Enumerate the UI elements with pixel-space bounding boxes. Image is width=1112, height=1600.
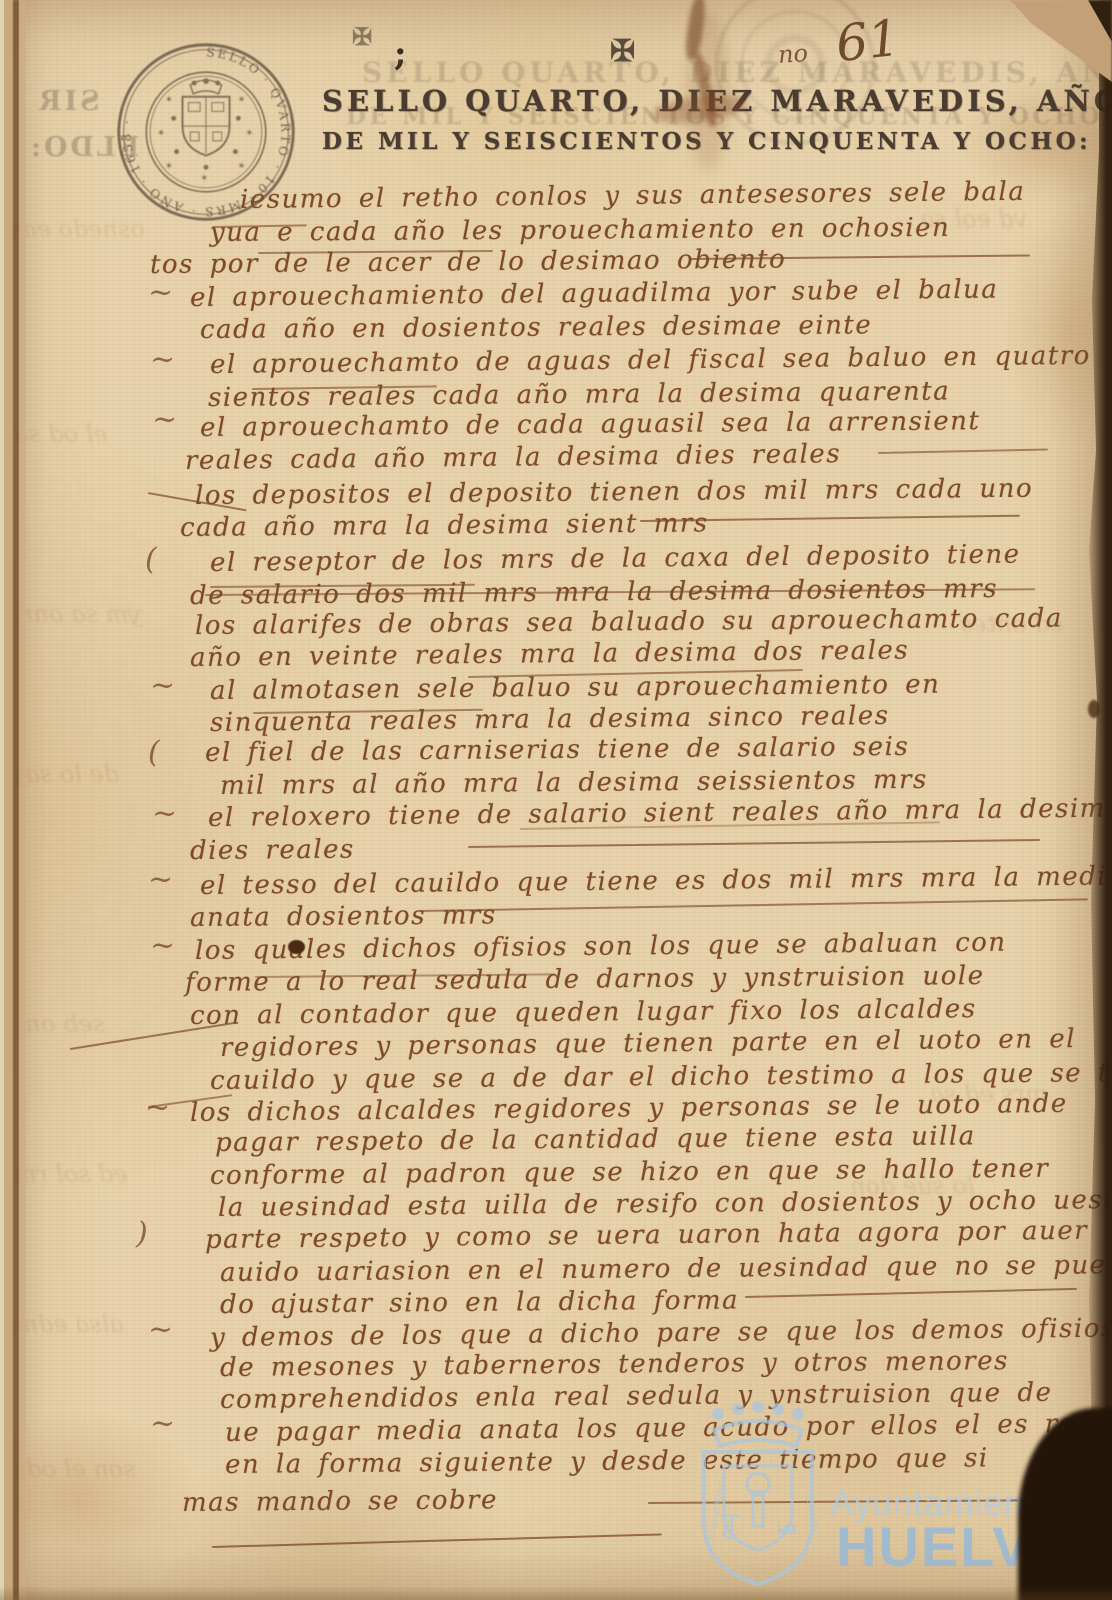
manuscript-line: en la forma siguiente y desde este tiemp… xyxy=(225,1443,989,1480)
manuscript-line: de mesones y taberneros tenderos y otros… xyxy=(220,1346,1009,1383)
paragraph-mark: ~ xyxy=(150,668,175,703)
manuscript-line: los depositos el deposito tienen dos mil… xyxy=(195,474,1033,511)
svg-text:✶: ✶ xyxy=(165,161,173,172)
seal-royal-arms: ✶✶ ✶✶ ✶✶ ✶ xyxy=(157,79,253,184)
manuscript-line: el fiel de las carniserias tiene de sala… xyxy=(205,732,910,768)
paragraph-mark: ( xyxy=(145,542,157,577)
svg-text:✶: ✶ xyxy=(157,128,165,139)
bleedthrough-line: el od sa xyxy=(14,420,108,448)
ink-blot xyxy=(288,940,305,954)
binding-crease-shade xyxy=(19,0,26,1600)
bleedthrough-line: ed sol rm xyxy=(14,1160,128,1188)
manuscript-line: yua e cada año les prouechamiento en och… xyxy=(210,213,950,248)
manuscript-line: los alarifes de obras sea baluado su apr… xyxy=(195,603,1063,641)
bleedthrough-gothic-line: ELDO: xyxy=(28,132,139,163)
cross-mark-small: ✠ xyxy=(352,22,372,51)
document-scan: SELLO · QVARTO · 10 · MRS · AÑO · 1658 ·… xyxy=(0,0,1112,1600)
paragraph-mark: ~ xyxy=(152,402,177,437)
svg-text:✶: ✶ xyxy=(237,95,245,106)
svg-text:✶: ✶ xyxy=(200,173,208,184)
manuscript-line: cada año en dosientos reales desimae ein… xyxy=(200,310,872,345)
svg-text:✶: ✶ xyxy=(237,161,245,172)
manuscript-line: do ajustar sino en la dicha forma xyxy=(220,1285,739,1320)
edge-notch xyxy=(1088,700,1100,718)
paragraph-mark: ~ xyxy=(148,862,173,897)
manuscript-line: comprehendidos enla real sedula y ynstru… xyxy=(220,1378,1053,1415)
manuscript-line: los quales dichos ofisios son los que se… xyxy=(195,928,1007,966)
manuscript-line: pagar respeto de la cantidad que tiene e… xyxy=(215,1121,976,1158)
paragraph-mark: ( xyxy=(148,735,160,770)
paragraph-mark: ) xyxy=(136,1216,148,1251)
manuscript-line: ue pagar media anata los que acudo por e… xyxy=(225,1408,1112,1448)
manuscript-line: iesumo el retho conlos y sus antesesores… xyxy=(240,177,1026,215)
bleedthrough-line: son el oda xyxy=(12,1455,135,1483)
manuscript-line: año en veinte reales mra la desima dos r… xyxy=(190,635,910,673)
manuscript-line: forme a lo real sedula de darnos y ynstr… xyxy=(185,961,985,998)
manuscript-line: auido uariasion en el numero de uesindad… xyxy=(220,1250,1107,1288)
ink-stroke xyxy=(212,1533,662,1548)
paragraph-mark: ~ xyxy=(150,1406,175,1441)
bleedthrough-gothic-line: SIR xyxy=(36,86,100,117)
paragraph-mark: ~ xyxy=(148,275,173,310)
manuscript-line: el aprouechamto de aguas del fiscal sea … xyxy=(210,341,1091,380)
watermark-right-text: CUSTODIA xyxy=(804,1493,820,1536)
ink-stroke xyxy=(745,1288,1077,1298)
bleedthrough-line: de lo say xyxy=(12,760,119,788)
paper: SELLO · QVARTO · 10 · MRS · AÑO · 1658 ·… xyxy=(0,0,1112,1600)
svg-text:✶: ✶ xyxy=(165,95,173,106)
manuscript-line: cada año mra la desima sient mrs xyxy=(180,508,709,543)
page-edge-bottom xyxy=(0,1586,1112,1600)
paragraph-mark: ~ xyxy=(150,928,175,963)
huelva-coat-of-arms-watermark: PORTUS MARIS CUSTODIA xyxy=(694,1402,822,1600)
manuscript-line: mas mando se cobre xyxy=(182,1485,498,1518)
manuscript-line: el tesso del cauildo que tiene es dos mi… xyxy=(200,861,1112,901)
ink-stroke xyxy=(878,448,1048,454)
manuscript-line: anata dosientos mrs xyxy=(190,900,497,933)
manuscript-line: reales cada año mra la desima dies reale… xyxy=(185,439,841,476)
bleedthrough-line: ym sa onre xyxy=(8,600,142,628)
svg-text:✶: ✶ xyxy=(245,128,253,139)
manuscript-line: regidores y personas que tienen parte en… xyxy=(220,1024,1076,1063)
paragraph-mark: ~ xyxy=(148,1312,173,1347)
manuscript-line: el aprouechamiento del aguadilma yor sub… xyxy=(190,275,999,313)
ink-stroke xyxy=(468,839,1040,848)
manuscript-line: el reseptor de los mrs de la caxa del de… xyxy=(210,540,1021,578)
manuscript-line: dies reales xyxy=(190,835,355,866)
paragraph-mark: ~ xyxy=(152,796,177,831)
manuscript-line: el aprouechamto de cada aguasil sea la a… xyxy=(200,406,981,443)
paragraph-mark: ~ xyxy=(150,342,175,377)
page-edge-left-inner xyxy=(4,0,13,1600)
ink-stroke xyxy=(420,898,1088,912)
bleedthrough-line: osnedo eas xyxy=(10,215,145,243)
